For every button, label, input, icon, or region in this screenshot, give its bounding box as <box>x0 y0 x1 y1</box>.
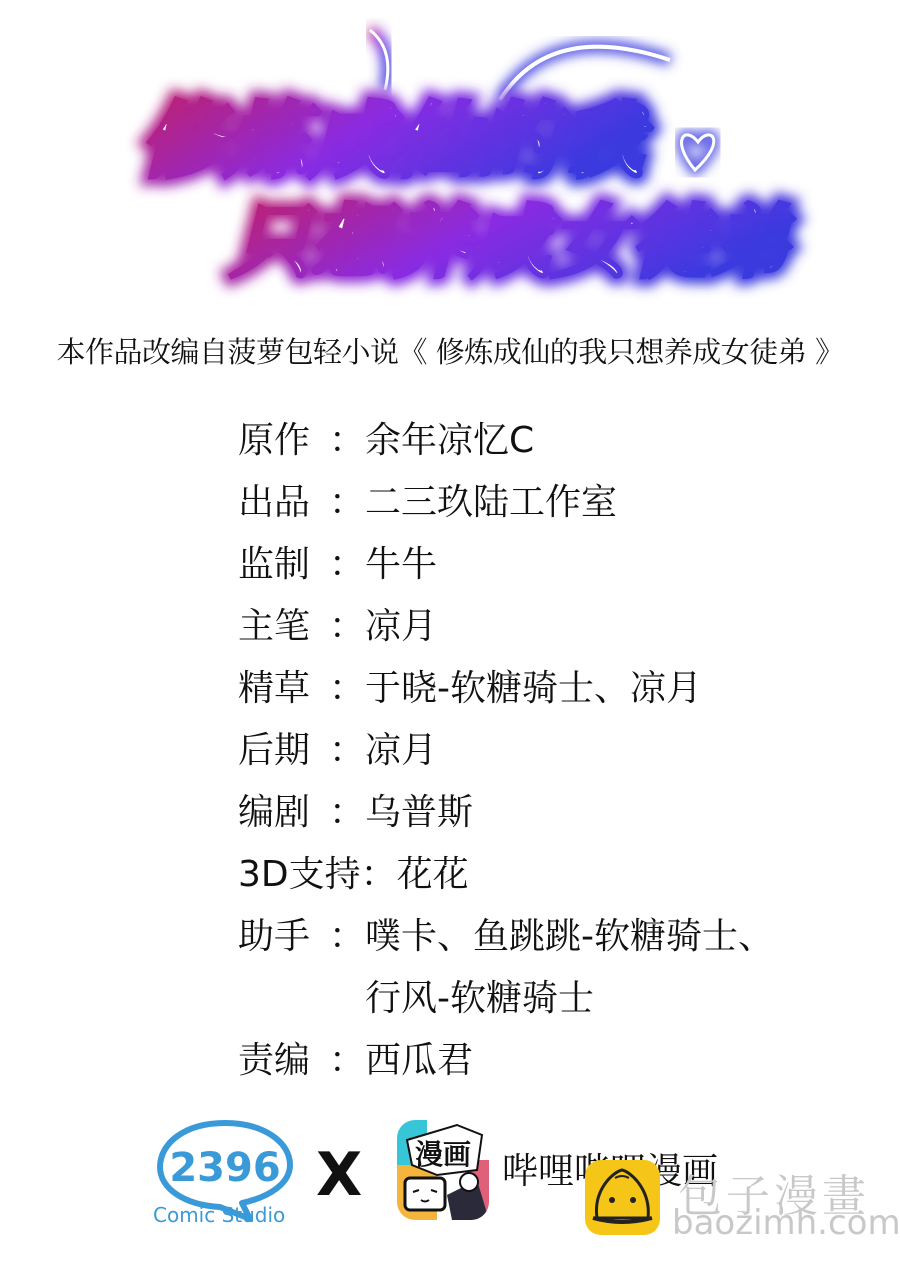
credit-role: 主笔 <box>238 596 329 658</box>
credit-row-sketch: 精草 ： 于晓-软糖骑士、凉月 <box>238 658 878 720</box>
credit-role: 出品 <box>238 472 329 534</box>
credit-row-producer: 出品 ： 二三玖陆工作室 <box>238 472 878 534</box>
credit-role: 原作 <box>238 410 329 472</box>
credit-name: 噗卡、鱼跳跳-软糖骑士、 <box>365 906 774 968</box>
baozi-watermark-icon <box>585 1160 660 1235</box>
credit-row-assistant: 助手 ： 噗卡、鱼跳跳-软糖骑士、 <box>238 906 878 968</box>
credit-row-supervisor: 监制 ： 牛牛 <box>238 534 878 596</box>
title-line1: 修炼成仙的我 <box>140 92 653 190</box>
credit-role: 编剧 <box>238 782 329 844</box>
credit-row-assistant-cont: 行风-软糖骑士 <box>238 968 878 1030</box>
credit-colon: ： <box>329 906 365 968</box>
credit-colon: ： <box>329 596 365 658</box>
credit-colon: ： <box>329 720 365 782</box>
credits-list: 原作 ： 余年凉忆C 出品 ： 二三玖陆工作室 监制 ： 牛牛 主笔 ： 凉月 … <box>238 410 878 1092</box>
credit-role: 责编 <box>238 1030 329 1092</box>
credit-colon: ： <box>329 472 365 534</box>
credit-name: 余年凉忆C <box>365 410 534 472</box>
credit-name: 牛牛 <box>365 534 437 596</box>
source-attribution: 本作品改编自菠萝包轻小说《 修炼成仙的我只想养成女徒弟 》 <box>0 330 900 371</box>
watermark-url: baozimh.com <box>672 1203 900 1243</box>
credit-row-script: 编剧 ： 乌普斯 <box>238 782 878 844</box>
credit-role: 精草 <box>238 658 329 720</box>
credit-name: 于晓-软糖骑士、凉月 <box>365 658 702 720</box>
credit-row-lead-artist: 主笔 ： 凉月 <box>238 596 878 658</box>
credit-name: 西瓜君 <box>365 1030 473 1092</box>
credit-row-editor: 责编 ： 西瓜君 <box>238 1030 878 1092</box>
credit-colon: ： <box>329 410 365 472</box>
credit-colon: ： <box>329 1030 365 1092</box>
title-logo: 修炼成仙的我 修炼成仙的我 只想养成女徒弟 只想养成女徒弟 <box>130 30 780 320</box>
credit-row-original: 原作 ： 余年凉忆C <box>238 410 878 472</box>
credit-name-continuation: 行风-软糖骑士 <box>365 968 594 1030</box>
collaboration-x: X <box>316 1140 362 1210</box>
credit-role: 3D支持 <box>238 844 361 906</box>
credit-colon: ： <box>329 534 365 596</box>
studio-caption: Comic Studio <box>153 1203 285 1227</box>
credit-name: 花花 <box>397 844 469 906</box>
credit-row-3d: 3D支持 ： 花花 <box>238 844 878 906</box>
studio-number: 2396 <box>169 1145 280 1191</box>
bilibili-comics-app-icon: 漫画 <box>397 1120 489 1220</box>
credit-role: 监制 <box>238 534 329 596</box>
credit-colon: ： <box>361 844 397 906</box>
credit-colon: ： <box>329 782 365 844</box>
title-line2: 只想养成女徒弟 <box>229 196 795 289</box>
icon-text: 漫画 <box>415 1138 471 1171</box>
credit-colon: ： <box>329 658 365 720</box>
credit-role: 后期 <box>238 720 329 782</box>
credit-name: 二三玖陆工作室 <box>365 472 617 534</box>
title-logo-art: 修炼成仙的我 修炼成仙的我 只想养成女徒弟 只想养成女徒弟 <box>130 30 780 320</box>
credit-name: 凉月 <box>365 720 437 782</box>
credit-name: 乌普斯 <box>365 782 473 844</box>
credit-name: 凉月 <box>365 596 437 658</box>
credit-role: 助手 <box>238 906 329 968</box>
credit-row-post: 后期 ： 凉月 <box>238 720 878 782</box>
